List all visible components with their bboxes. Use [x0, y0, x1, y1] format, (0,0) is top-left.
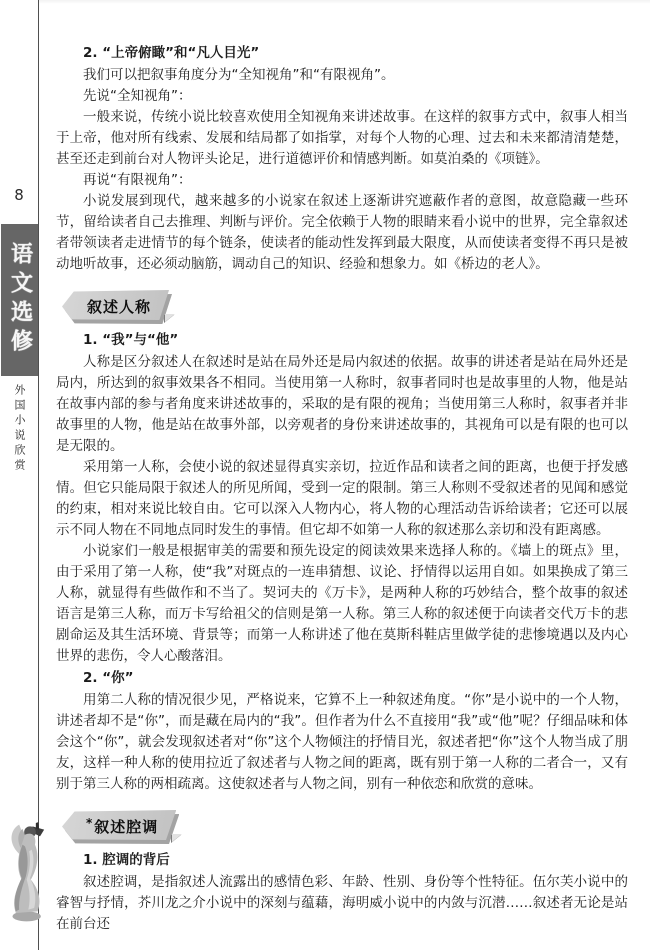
page-body-text: 2. “上帝俯瞰”和“凡人目光” 我们可以把叙事角度分为“全知视角”和“有限视角… — [56, 42, 628, 935]
series-title-block: 语文选修 — [1, 224, 38, 376]
book-title: 外国小说欣赏 — [1, 384, 38, 474]
page-margin-sidebar: 8 语文选修 外国小说欣赏 — [0, 0, 39, 950]
subsection-heading: 2. “你” — [56, 668, 628, 689]
section-banner-narrative-tone: *叙述腔调 — [62, 810, 176, 840]
paragraph: 人称是区分叙述人在叙述时是站在局外还是局内叙述的依据。故事的讲述者是站在局外还是… — [56, 352, 628, 457]
paragraph: 采用第一人称，会使小说的叙述显得真实亲切，拉近作品和读者之间的距离，也便于抒发感… — [56, 457, 628, 541]
banner-star: * — [86, 816, 93, 830]
paragraph: 我们可以把叙事角度分为“全知视角”和“有限视角”。 — [56, 65, 628, 86]
subsection-heading: 1. “我”与“他” — [56, 330, 628, 351]
angel-statue-image — [5, 820, 55, 926]
section-banner-narrative-person: 叙述人称 — [62, 290, 169, 320]
paragraph: 小说发展到现代，越来越多的小说家在叙述上逐渐讲究遮蔽作者的意图，故意隐藏一些环节… — [56, 191, 628, 275]
paragraph: 叙述腔调，是指叙述人流露出的感情色彩、年龄、性别、身份等个性特征。伍尔芙小说中的… — [56, 872, 628, 935]
page-number: 8 — [0, 186, 38, 204]
banner-label: 叙述腔调 — [94, 818, 158, 836]
subsection-heading: 1. 腔调的背后 — [56, 850, 628, 871]
paragraph: 先说“全知视角”： — [56, 86, 628, 107]
paragraph: 用第二人称的情况很少见，严格说来，它算不上一种叙述角度。“你”是小说中的一个人物… — [56, 690, 628, 795]
series-title: 语文选修 — [9, 242, 31, 358]
page-edge-shading-top — [0, 0, 650, 4]
paragraph: 一般来说，传统小说比较喜欢使用全知视角来讲述故事。在这样的叙事方式中，叙事人相当… — [56, 107, 628, 170]
paragraph: 小说家们一般是根据审美的需要和预先设定的阅读效果来选择人称的。《墙上的斑点》里，… — [56, 541, 628, 667]
subsection-heading: 2. “上帝俯瞰”和“凡人目光” — [56, 43, 628, 64]
textbook-page: { "sidebar": { "page_number": "8", "seri… — [0, 0, 650, 950]
banner-fold-icon — [172, 834, 182, 842]
paragraph: 再说“有限视角”： — [56, 170, 628, 191]
banner-fold-icon — [165, 314, 175, 322]
banner-label: 叙述人称 — [87, 298, 151, 316]
